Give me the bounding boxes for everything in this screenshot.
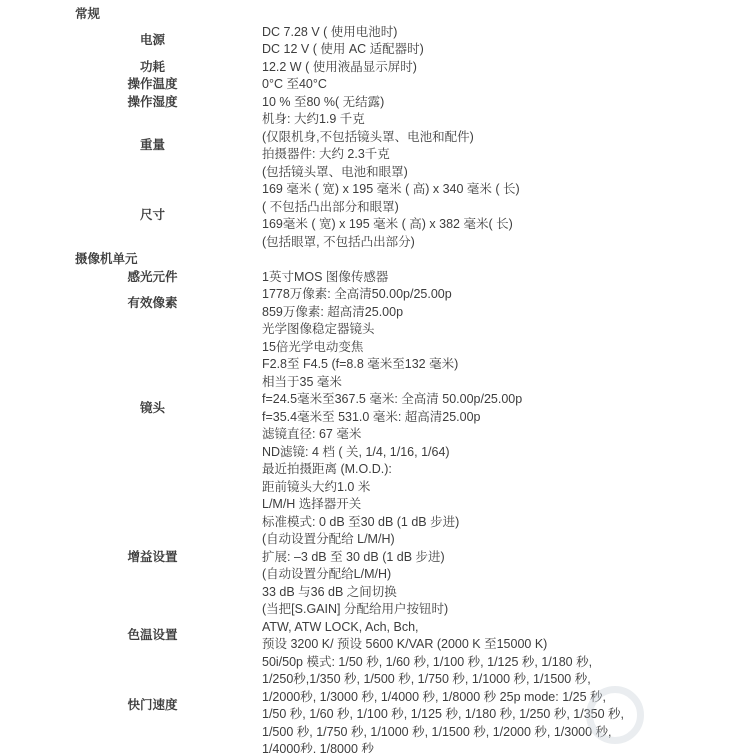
spec-value-line: 距前镜头大约1.0 米 [262,479,522,497]
spec-value-line: 1/4000秒, 1/8000 秒 [262,741,624,753]
spec-value-line: 0°C 至40°C [262,76,327,94]
spec-value-line: f=35.4毫米至 531.0 毫米: 超高清25.00p [262,409,522,427]
spec-value-line: 15倍光学电动变焦 [262,339,522,357]
section-title: 常规 [0,6,750,24]
spec-label: 快门速度 [60,654,245,753]
spec-value-line: DC 12 V ( 使用 AC 适配器时) [262,41,424,59]
spec-value: ATW, ATW LOCK, Ach, Bch,预设 3200 K/ 预设 56… [262,619,547,654]
spec-row: 尺寸169 毫米 ( 宽) x 195 毫米 ( 高) x 340 毫米 ( 长… [0,181,750,251]
spec-value-line: (自动设置分配给L/M/H) [262,566,459,584]
spec-row: 重量机身: 大约1.9 千克(仅限机身,不包括镜头罩、电池和配件)拍摄器件: 大… [0,111,750,181]
spec-value-line: (包括眼罩, 不包括凸出部分) [262,234,520,252]
spec-value-line: 滤镜直径: 67 毫米 [262,426,522,444]
spec-value: 10 % 至80 %( 无结露) [262,94,384,112]
section-title: 摄像机单元 [0,251,750,269]
spec-row: 镜头光学图像稳定器镜头15倍光学电动变焦F2.8至 F4.5 (f=8.8 毫米… [0,321,750,496]
spec-value: 机身: 大约1.9 千克(仅限机身,不包括镜头罩、电池和配件)拍摄器件: 大约 … [262,111,474,181]
spec-row: 增益设置L/M/H 选择器开关标准模式: 0 dB 至30 dB (1 dB 步… [0,496,750,619]
spec-value: 169 毫米 ( 宽) x 195 毫米 ( 高) x 340 毫米 ( 长)(… [262,181,520,251]
spec-value-line: 50i/50p 模式: 1/50 秒, 1/60 秒, 1/100 秒, 1/1… [262,654,624,672]
spec-row: 操作温度0°C 至40°C [0,76,750,94]
spec-row: 电源DC 7.28 V ( 使用电池时)DC 12 V ( 使用 AC 适配器时… [0,24,750,59]
spec-section: 常规电源DC 7.28 V ( 使用电池时)DC 12 V ( 使用 AC 适配… [0,6,750,251]
spec-value-line: 1/2000秒, 1/3000 秒, 1/4000 秒, 1/8000 秒 25… [262,689,624,707]
spec-value: 12.2 W ( 使用液晶显示屏时) [262,59,417,77]
spec-sheet: 常规电源DC 7.28 V ( 使用电池时)DC 12 V ( 使用 AC 适配… [0,0,750,753]
spec-section: 摄像机单元感光元件1英寸MOS 图像传感器有效像素1778万像素: 全高清50.… [0,251,750,753]
spec-value-line: 拍摄器件: 大约 2.3千克 [262,146,474,164]
spec-value-line: (自动设置分配给 L/M/H) [262,531,459,549]
spec-value-line: 33 dB 与36 dB 之间切换 [262,584,459,602]
spec-value-line: (当把[S.GAIN] 分配给用户按钮时) [262,601,459,619]
spec-value-line: 1英寸MOS 图像传感器 [262,269,388,287]
spec-row: 感光元件1英寸MOS 图像传感器 [0,269,750,287]
spec-label: 操作温度 [60,76,245,94]
spec-value-line: 预设 3200 K/ 预设 5600 K/VAR (2000 K 至15000 … [262,636,547,654]
spec-value-line: 10 % 至80 %( 无结露) [262,94,384,112]
spec-value-line: DC 7.28 V ( 使用电池时) [262,24,424,42]
spec-value: L/M/H 选择器开关标准模式: 0 dB 至30 dB (1 dB 步进)(自… [262,496,459,619]
spec-label: 操作湿度 [60,94,245,112]
spec-value-line: 机身: 大约1.9 千克 [262,111,474,129]
spec-value-line: f=24.5毫米至367.5 毫米: 全高清 50.00p/25.00p [262,391,522,409]
spec-value-line: ( 不包括凸出部分和眼罩) [262,199,520,217]
spec-value-line: 标准模式: 0 dB 至30 dB (1 dB 步进) [262,514,459,532]
spec-label: 重量 [60,111,245,181]
spec-label: 电源 [60,24,245,59]
spec-row: 色温设置ATW, ATW LOCK, Ach, Bch,预设 3200 K/ 预… [0,619,750,654]
spec-value-line: L/M/H 选择器开关 [262,496,459,514]
spec-value-line: (仅限机身,不包括镜头罩、电池和配件) [262,129,474,147]
spec-value-line: 光学图像稳定器镜头 [262,321,522,339]
spec-row: 有效像素1778万像素: 全高清50.00p/25.00p859万像素: 超高清… [0,286,750,321]
spec-value-line: 1/250秒,1/350 秒, 1/500 秒, 1/750 秒, 1/1000… [262,671,624,689]
spec-value: 光学图像稳定器镜头15倍光学电动变焦F2.8至 F4.5 (f=8.8 毫米至1… [262,321,522,496]
spec-value-line: (包括镜头罩、电池和眼罩) [262,164,474,182]
spec-label: 增益设置 [60,496,245,619]
spec-label: 感光元件 [60,269,245,287]
spec-label: 色温设置 [60,619,245,654]
spec-value-line: 相当于35 毫米 [262,374,522,392]
spec-row: 快门速度50i/50p 模式: 1/50 秒, 1/60 秒, 1/100 秒,… [0,654,750,753]
spec-label: 镜头 [60,321,245,496]
spec-value: DC 7.28 V ( 使用电池时)DC 12 V ( 使用 AC 适配器时) [262,24,424,59]
spec-value-line: F2.8至 F4.5 (f=8.8 毫米至132 毫米) [262,356,522,374]
spec-value-line: ATW, ATW LOCK, Ach, Bch, [262,619,547,637]
spec-label: 功耗 [60,59,245,77]
spec-value-line: 1/50 秒, 1/60 秒, 1/100 秒, 1/125 秒, 1/180 … [262,706,624,724]
spec-value: 0°C 至40°C [262,76,327,94]
spec-value-line: ND滤镜: 4 档 ( 关, 1/4, 1/16, 1/64) [262,444,522,462]
spec-value-line: 169 毫米 ( 宽) x 195 毫米 ( 高) x 340 毫米 ( 长) [262,181,520,199]
spec-value-line: 1/500 秒, 1/750 秒, 1/1000 秒, 1/1500 秒, 1/… [262,724,624,742]
spec-value: 1英寸MOS 图像传感器 [262,269,388,287]
spec-label: 有效像素 [60,286,245,321]
spec-value-line: 最近拍摄距离 (M.O.D.): [262,461,522,479]
spec-value: 1778万像素: 全高清50.00p/25.00p859万像素: 超高清25.0… [262,286,452,321]
spec-value-line: 扩展: –3 dB 至 30 dB (1 dB 步进) [262,549,459,567]
spec-row: 功耗12.2 W ( 使用液晶显示屏时) [0,59,750,77]
spec-value-line: 12.2 W ( 使用液晶显示屏时) [262,59,417,77]
spec-value-line: 169毫米 ( 宽) x 195 毫米 ( 高) x 382 毫米( 长) [262,216,520,234]
spec-row: 操作湿度10 % 至80 %( 无结露) [0,94,750,112]
spec-value-line: 1778万像素: 全高清50.00p/25.00p [262,286,452,304]
spec-value-line: 859万像素: 超高清25.00p [262,304,452,322]
spec-value: 50i/50p 模式: 1/50 秒, 1/60 秒, 1/100 秒, 1/1… [262,654,624,753]
spec-label: 尺寸 [60,181,245,251]
